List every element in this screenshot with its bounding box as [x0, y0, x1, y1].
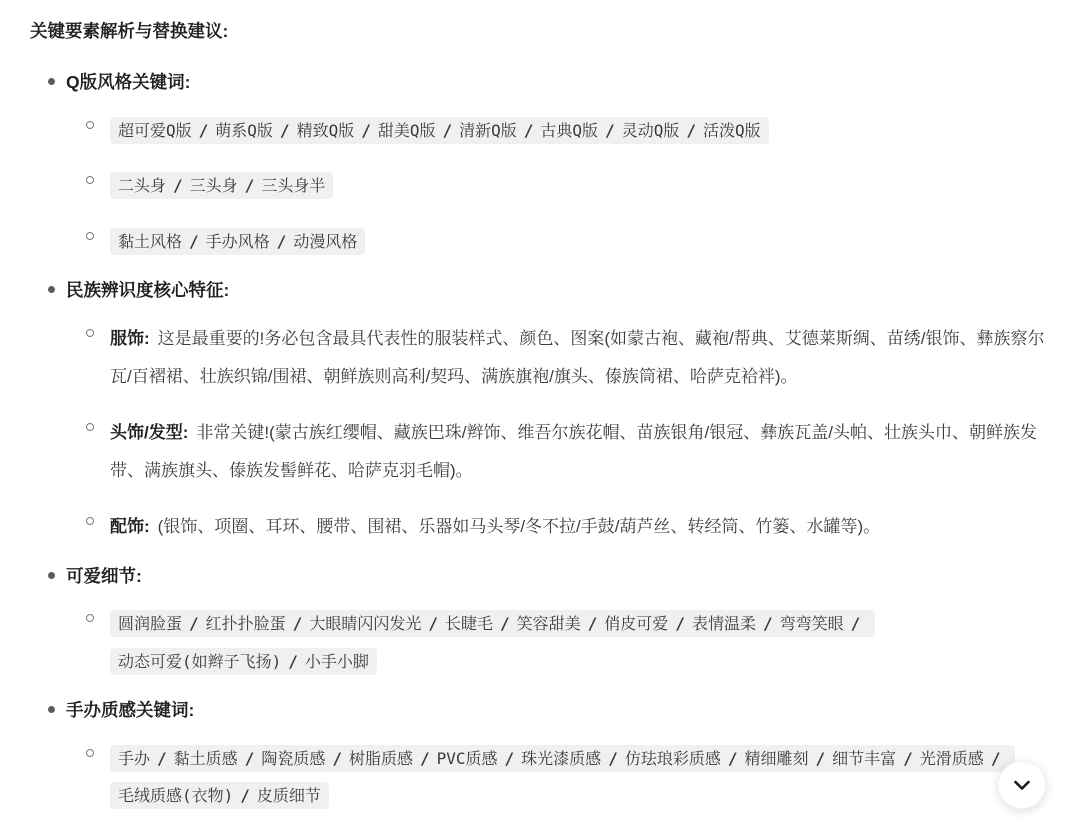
list-item: 手办/黏土质感/陶瓷质感/树脂质感/PVC质感/珠光漆质感/仿珐琅彩质感/精细雕…: [86, 740, 1052, 815]
section-figure-texture: 手办质感关键词: 手办/黏土质感/陶瓷质感/树脂质感/PVC质感/珠光漆质感/仿…: [50, 698, 1052, 815]
outline-list: Q版风格关键词: 超可爱Q版/萌系Q版/精致Q版/甜美Q版/清新Q版/古典Q版/…: [50, 70, 1052, 815]
bullet-circle-icon: [86, 176, 94, 184]
chevron-down-icon: [1011, 774, 1033, 796]
section-heading: Q版风格关键词:: [66, 70, 1052, 95]
list-item: 配饰:(银饰、项圈、耳环、腰带、围裙、乐器如马头琴/冬不拉/手鼓/葫芦丝、转经筒…: [86, 508, 1052, 546]
paragraph-text: (银饰、项圈、耳环、腰带、围裙、乐器如马头琴/冬不拉/手鼓/葫芦丝、转经筒、竹篓…: [158, 517, 881, 536]
labeled-paragraph: 服饰:这是最重要的!务必包含最具代表性的服装样式、颜色、图案(如蒙古袍、藏袍/帮…: [110, 320, 1052, 396]
section-q-style: Q版风格关键词: 超可爱Q版/萌系Q版/精致Q版/甜美Q版/清新Q版/古典Q版/…: [50, 70, 1052, 260]
list-item: 圆润脸蛋/红扑扑脸蛋/大眼睛闪闪发光/长睫毛/笑容甜美/俏皮可爱/表情温柔/弯弯…: [86, 605, 1052, 680]
keyword-code-chip: 二头身/三头身/三头身半: [110, 172, 333, 199]
labeled-paragraph: 配饰:(银饰、项圈、耳环、腰带、围裙、乐器如马头琴/冬不拉/手鼓/葫芦丝、转经筒…: [110, 508, 1052, 546]
section-heading: 手办质感关键词:: [66, 698, 1052, 723]
bullet-circle-icon: [86, 121, 94, 129]
paragraph-text: 这是最重要的!务必包含最具代表性的服装样式、颜色、图案(如蒙古袍、藏袍/帮典、艾…: [110, 329, 1045, 386]
section-heading: 民族辨识度核心特征:: [66, 278, 1052, 303]
bullet-disc-icon: [48, 78, 55, 85]
bullet-circle-icon: [86, 232, 94, 240]
bullet-circle-icon: [86, 614, 94, 622]
list-item: 服饰:这是最重要的!务必包含最具代表性的服装样式、颜色、图案(如蒙古袍、藏袍/帮…: [86, 320, 1052, 396]
section-sublist: 圆润脸蛋/红扑扑脸蛋/大眼睛闪闪发光/长睫毛/笑容甜美/俏皮可爱/表情温柔/弯弯…: [86, 605, 1052, 680]
bullet-circle-icon: [86, 423, 94, 431]
keyword-code-chip: 手办/黏土质感/陶瓷质感/树脂质感/PVC质感/珠光漆质感/仿珐琅彩质感/精细雕…: [110, 745, 1015, 810]
section-sublist: 服饰:这是最重要的!务必包含最具代表性的服装样式、颜色、图案(如蒙古袍、藏袍/帮…: [86, 320, 1052, 546]
section-cute-details: 可爱细节: 圆润脸蛋/红扑扑脸蛋/大眼睛闪闪发光/长睫毛/笑容甜美/俏皮可爱/表…: [50, 564, 1052, 681]
document-page: 关键要素解析与替换建议: Q版风格关键词: 超可爱Q版/萌系Q版/精致Q版/甜美…: [0, 0, 1080, 838]
labeled-paragraph: 头饰/发型:非常关键!(蒙古族红缨帽、藏族巴珠/辫饰、维吾尔族花帽、苗族银角/银…: [110, 414, 1052, 490]
keyword-code-chip: 超可爱Q版/萌系Q版/精致Q版/甜美Q版/清新Q版/古典Q版/灵动Q版/活泼Q版: [110, 117, 769, 144]
paragraph-label: 头饰/发型:: [110, 423, 188, 442]
section-ethnic-features: 民族辨识度核心特征: 服饰:这是最重要的!务必包含最具代表性的服装样式、颜色、图…: [50, 278, 1052, 545]
keyword-code-chip: 黏土风格/手办风格/动漫风格: [110, 228, 365, 255]
section-heading: 可爱细节:: [66, 564, 1052, 589]
keyword-code-chip: 圆润脸蛋/红扑扑脸蛋/大眼睛闪闪发光/长睫毛/笑容甜美/俏皮可爱/表情温柔/弯弯…: [110, 610, 875, 675]
list-item: 黏土风格/手办风格/动漫风格: [86, 223, 1052, 261]
scroll-to-bottom-button[interactable]: [998, 761, 1046, 809]
section-sublist: 超可爱Q版/萌系Q版/精致Q版/甜美Q版/清新Q版/古典Q版/灵动Q版/活泼Q版…: [86, 112, 1052, 261]
list-item: 头饰/发型:非常关键!(蒙古族红缨帽、藏族巴珠/辫饰、维吾尔族花帽、苗族银角/银…: [86, 414, 1052, 490]
list-item: 超可爱Q版/萌系Q版/精致Q版/甜美Q版/清新Q版/古典Q版/灵动Q版/活泼Q版: [86, 112, 1052, 150]
paragraph-text: 非常关键!(蒙古族红缨帽、藏族巴珠/辫饰、维吾尔族花帽、苗族银角/银冠、彝族瓦盖…: [110, 423, 1037, 480]
page-title: 关键要素解析与替换建议:: [30, 18, 1052, 44]
bullet-circle-icon: [86, 517, 94, 525]
section-sublist: 手办/黏土质感/陶瓷质感/树脂质感/PVC质感/珠光漆质感/仿珐琅彩质感/精细雕…: [86, 740, 1052, 815]
bullet-disc-icon: [48, 572, 55, 579]
list-item: 二头身/三头身/三头身半: [86, 167, 1052, 205]
paragraph-label: 配饰:: [110, 517, 150, 536]
paragraph-label: 服饰:: [110, 329, 150, 348]
bullet-disc-icon: [48, 286, 55, 293]
bullet-circle-icon: [86, 749, 94, 757]
bullet-circle-icon: [86, 329, 94, 337]
bullet-disc-icon: [48, 706, 55, 713]
